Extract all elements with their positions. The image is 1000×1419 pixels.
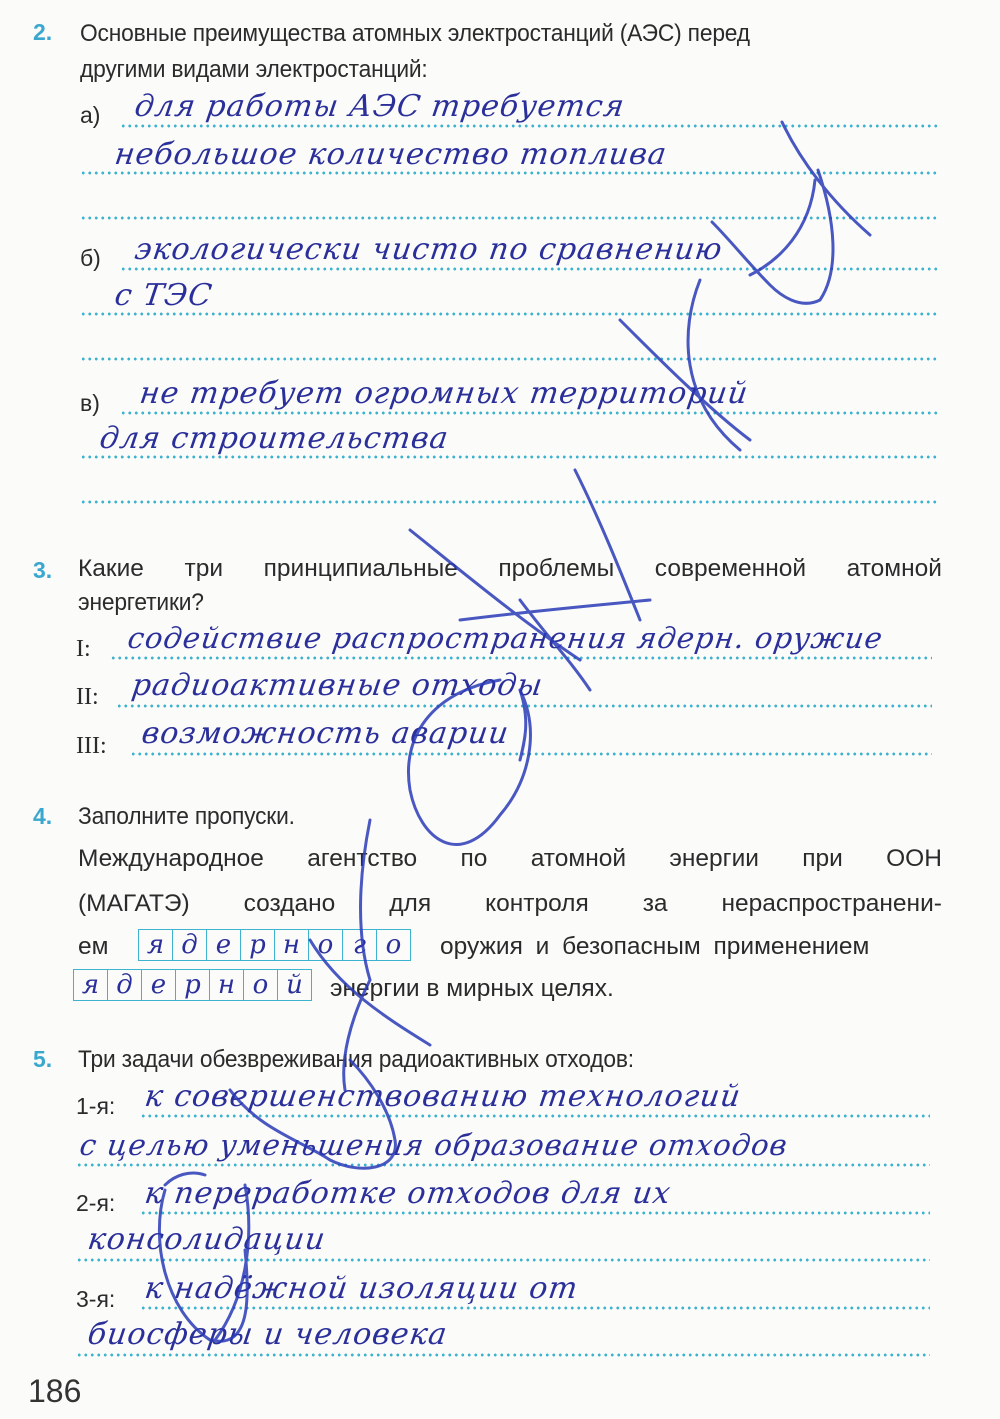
letter-cell[interactable]: н <box>210 970 244 1000</box>
fill-text: ем <box>78 933 108 961</box>
fill-text-line: Международное агентство по атомной энерг… <box>78 845 942 873</box>
item-label: в) <box>80 390 100 417</box>
item-label: III: <box>76 733 107 760</box>
question-text: энергетики? <box>78 586 204 620</box>
letter-cell[interactable]: р <box>241 930 275 960</box>
handwritten-answer: содействие распространения ядерн. оружие <box>126 621 886 655</box>
item-label: 1-я: <box>76 1093 115 1120</box>
letter-cell[interactable]: я <box>139 930 173 960</box>
answer-line[interactable] <box>76 1163 930 1167</box>
handwritten-answer: к переработке отходов для их <box>143 1176 674 1211</box>
letter-cell[interactable]: е <box>142 970 176 1000</box>
letter-boxes-1[interactable]: я д е р н о г о <box>138 929 411 961</box>
pen-stroke <box>575 470 640 620</box>
pen-stroke <box>712 170 833 303</box>
answer-line[interactable] <box>130 752 932 756</box>
letter-cell[interactable]: г <box>343 930 377 960</box>
answer-line[interactable] <box>80 357 938 361</box>
question-text: другими видами электростанций: <box>80 53 428 87</box>
answer-line[interactable] <box>120 267 938 271</box>
letter-cell[interactable]: е <box>207 930 241 960</box>
page-number: 186 <box>28 1373 81 1410</box>
handwritten-answer: небольшое количество топлива <box>113 137 670 172</box>
item-label: I: <box>76 636 91 663</box>
handwritten-answer: с целью уменьшения образование отходов <box>78 1128 790 1162</box>
letter-boxes-2[interactable]: я д е р н о й <box>73 969 312 1001</box>
letter-cell[interactable]: н <box>275 930 309 960</box>
pen-stroke <box>688 280 740 450</box>
answer-line[interactable] <box>120 411 938 415</box>
answer-line[interactable] <box>140 1114 930 1118</box>
fill-text: энергии в мирных целях. <box>330 975 614 1003</box>
answer-line[interactable] <box>76 1258 930 1262</box>
letter-cell[interactable]: о <box>377 930 410 960</box>
item-label: а) <box>80 102 100 129</box>
question-text: Какие три принципиальные проблемы соврем… <box>78 555 942 583</box>
handwritten-answer: к совершенствованию технологий <box>143 1079 744 1114</box>
item-label: 2-я: <box>76 1190 115 1217</box>
letter-cell[interactable]: о <box>309 930 343 960</box>
handwritten-answer: консолидации <box>86 1222 328 1257</box>
question-title: Заполните пропуски. <box>78 800 295 834</box>
letter-cell[interactable]: д <box>108 970 142 1000</box>
handwritten-answer: экологически чисто по сравнению <box>133 232 725 267</box>
question-number: 2. <box>33 19 52 46</box>
answer-line[interactable] <box>116 704 932 708</box>
letter-cell[interactable]: я <box>74 970 108 1000</box>
question-number: 3. <box>33 557 52 584</box>
handwritten-answer: к надёжной изоляции от <box>143 1271 581 1306</box>
handwritten-answer: биосферы и человека <box>86 1317 450 1352</box>
question-number: 5. <box>33 1046 52 1073</box>
fill-text-line: (МАГАТЭ) создано для контроля за нераспр… <box>78 890 942 918</box>
letter-cell[interactable]: р <box>176 970 210 1000</box>
answer-line[interactable] <box>140 1306 930 1310</box>
answer-line[interactable] <box>140 1211 930 1215</box>
answer-line[interactable] <box>110 656 932 660</box>
question-number: 4. <box>33 803 52 830</box>
answer-line[interactable] <box>120 124 938 128</box>
answer-line[interactable] <box>80 500 938 504</box>
handwritten-answer: для работы АЭС требуется <box>133 89 627 124</box>
item-label: II: <box>76 684 99 711</box>
answer-line[interactable] <box>80 216 938 220</box>
question-text: Основные преимущества атомных электроста… <box>80 17 750 51</box>
pen-stroke <box>750 180 815 275</box>
pen-stroke <box>460 600 650 620</box>
handwritten-answer: не требует огромных территорий <box>138 376 751 411</box>
question-text: Три задачи обезвреживания радиоактивных … <box>78 1043 634 1077</box>
handwritten-answer: возможность аварии <box>140 716 512 751</box>
handwritten-answer: с ТЭС <box>113 278 215 313</box>
handwritten-answer: радиоактивные отходы <box>130 668 546 703</box>
letter-cell[interactable]: д <box>173 930 207 960</box>
answer-line[interactable] <box>76 1353 930 1357</box>
handwritten-answer: для строительства <box>98 421 452 456</box>
item-label: б) <box>80 245 101 272</box>
item-label: 3-я: <box>76 1286 115 1313</box>
letter-cell[interactable]: й <box>278 970 311 1000</box>
fill-text: оружия и безопасным применением <box>440 933 869 961</box>
letter-cell[interactable]: о <box>244 970 278 1000</box>
